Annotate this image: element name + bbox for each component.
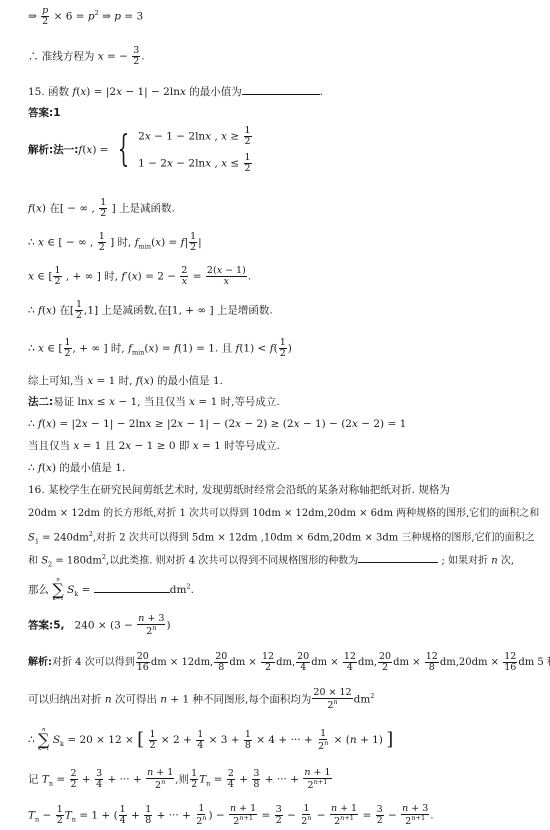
solution-16-line-5: Tn − 12Tn = 1 + (14 + 18 + ··· + 12n) − …	[28, 804, 434, 827]
derivative-line: x ∈ [12 , + ∞ ] 时, f′(x) = 2 − 2x = 2(x …	[28, 266, 251, 287]
inequality-line: ∴ f(x) = |2x − 1| − 2lnx ≥ |2x − 1| − (2…	[28, 418, 406, 430]
derivation-line-p: ⇒ p2 × 6 = p2 ⇒ p = 3	[28, 6, 143, 27]
question-16-line-4: 和 S2 = 180dm2,以此类推. 则对折 4 次共可以得到不同规格图形的种…	[28, 554, 514, 569]
question-16-line-3: S1 = 240dm2,对折 2 次共可以得到 5dm × 12dm ,10dm…	[28, 531, 535, 546]
solution-16-line-3: ∴ n∑k=1 Sk = 20 × 12 × [ 12 × 2 + 14 × 3…	[28, 728, 393, 752]
question-16-line-1: 16. 某校学生在研究民间剪纸艺术时, 发现剪纸时经常会沿纸的某条对称轴把纸对折…	[28, 484, 450, 496]
min-value-line: ∴ f(x) 的最小值是 1.	[28, 462, 125, 474]
conclusion-line: 综上可知,当 x = 1 时, f(x) 的最小值是 1.	[28, 375, 223, 387]
monotonic-line: ∴ f(x) 在[12,1] 上是减函数,在[1, + ∞ ] 上是增函数.	[28, 300, 273, 321]
answer-16: 答案:5, 240 × (3 − n + 32n)	[28, 614, 171, 637]
directrix-line: ∴ 准线方程为 x = − 32.	[28, 46, 145, 67]
case-1: 2x − 1 − 2lnx , x ≥ 12	[138, 126, 252, 147]
answer-blank-2	[94, 591, 170, 593]
equality-condition-line: 当且仅当 x = 1 且 2x − 1 ≥ 0 即 x = 1 时等号成立.	[28, 440, 280, 452]
method-2-line: 法二:易证 lnx ≤ x − 1, 当且仅当 x = 1 时,等号成立.	[28, 396, 280, 408]
solution-15-method-1: 解析:法一:f(x) = { 2x − 1 − 2lnx , x ≥ 12 1 …	[28, 126, 253, 174]
answer-blank	[242, 93, 320, 95]
fmin-left-line: ∴ x ∈ [ − ∞ , 12 ] 时, fmin(x) = f|12|	[28, 232, 202, 253]
solution-16-line-4: 记 Tn = 22 + 34 + ··· + n + 12n,则12Tn = 2…	[28, 768, 333, 791]
question-16-line-5: 那么 n∑k=1 Sk = dm2.	[28, 578, 194, 602]
case-2: 1 − 2x − 2lnx , x ≤ 12	[138, 153, 252, 174]
solution-16-line-2: 可以归纳出对折 n 次可得出 n + 1 种不同图形,每个面积均为20 × 12…	[28, 688, 374, 711]
question-16-line-2: 20dm × 12dm 的长方形纸,对折 1 次共可以得到 10dm × 12d…	[28, 508, 539, 520]
question-15: 15. 函数 f(x) = |2x − 1| − 2lnx 的最小值为.	[28, 86, 323, 98]
solution-16-line-1: 解析:对折 4 次可以得到2016dm × 12dm,208dm × 122dm…	[28, 652, 550, 673]
answer-blank-1	[358, 561, 438, 563]
answer-15: 答案:1	[28, 107, 61, 119]
fmin-right-line: ∴ x ∈ [12, + ∞ ] 时, fmin(x) = f(1) = 1. …	[28, 338, 292, 359]
decreasing-line: f(x) 在[ − ∞ , 12 ] 上是减函数.	[28, 198, 175, 219]
